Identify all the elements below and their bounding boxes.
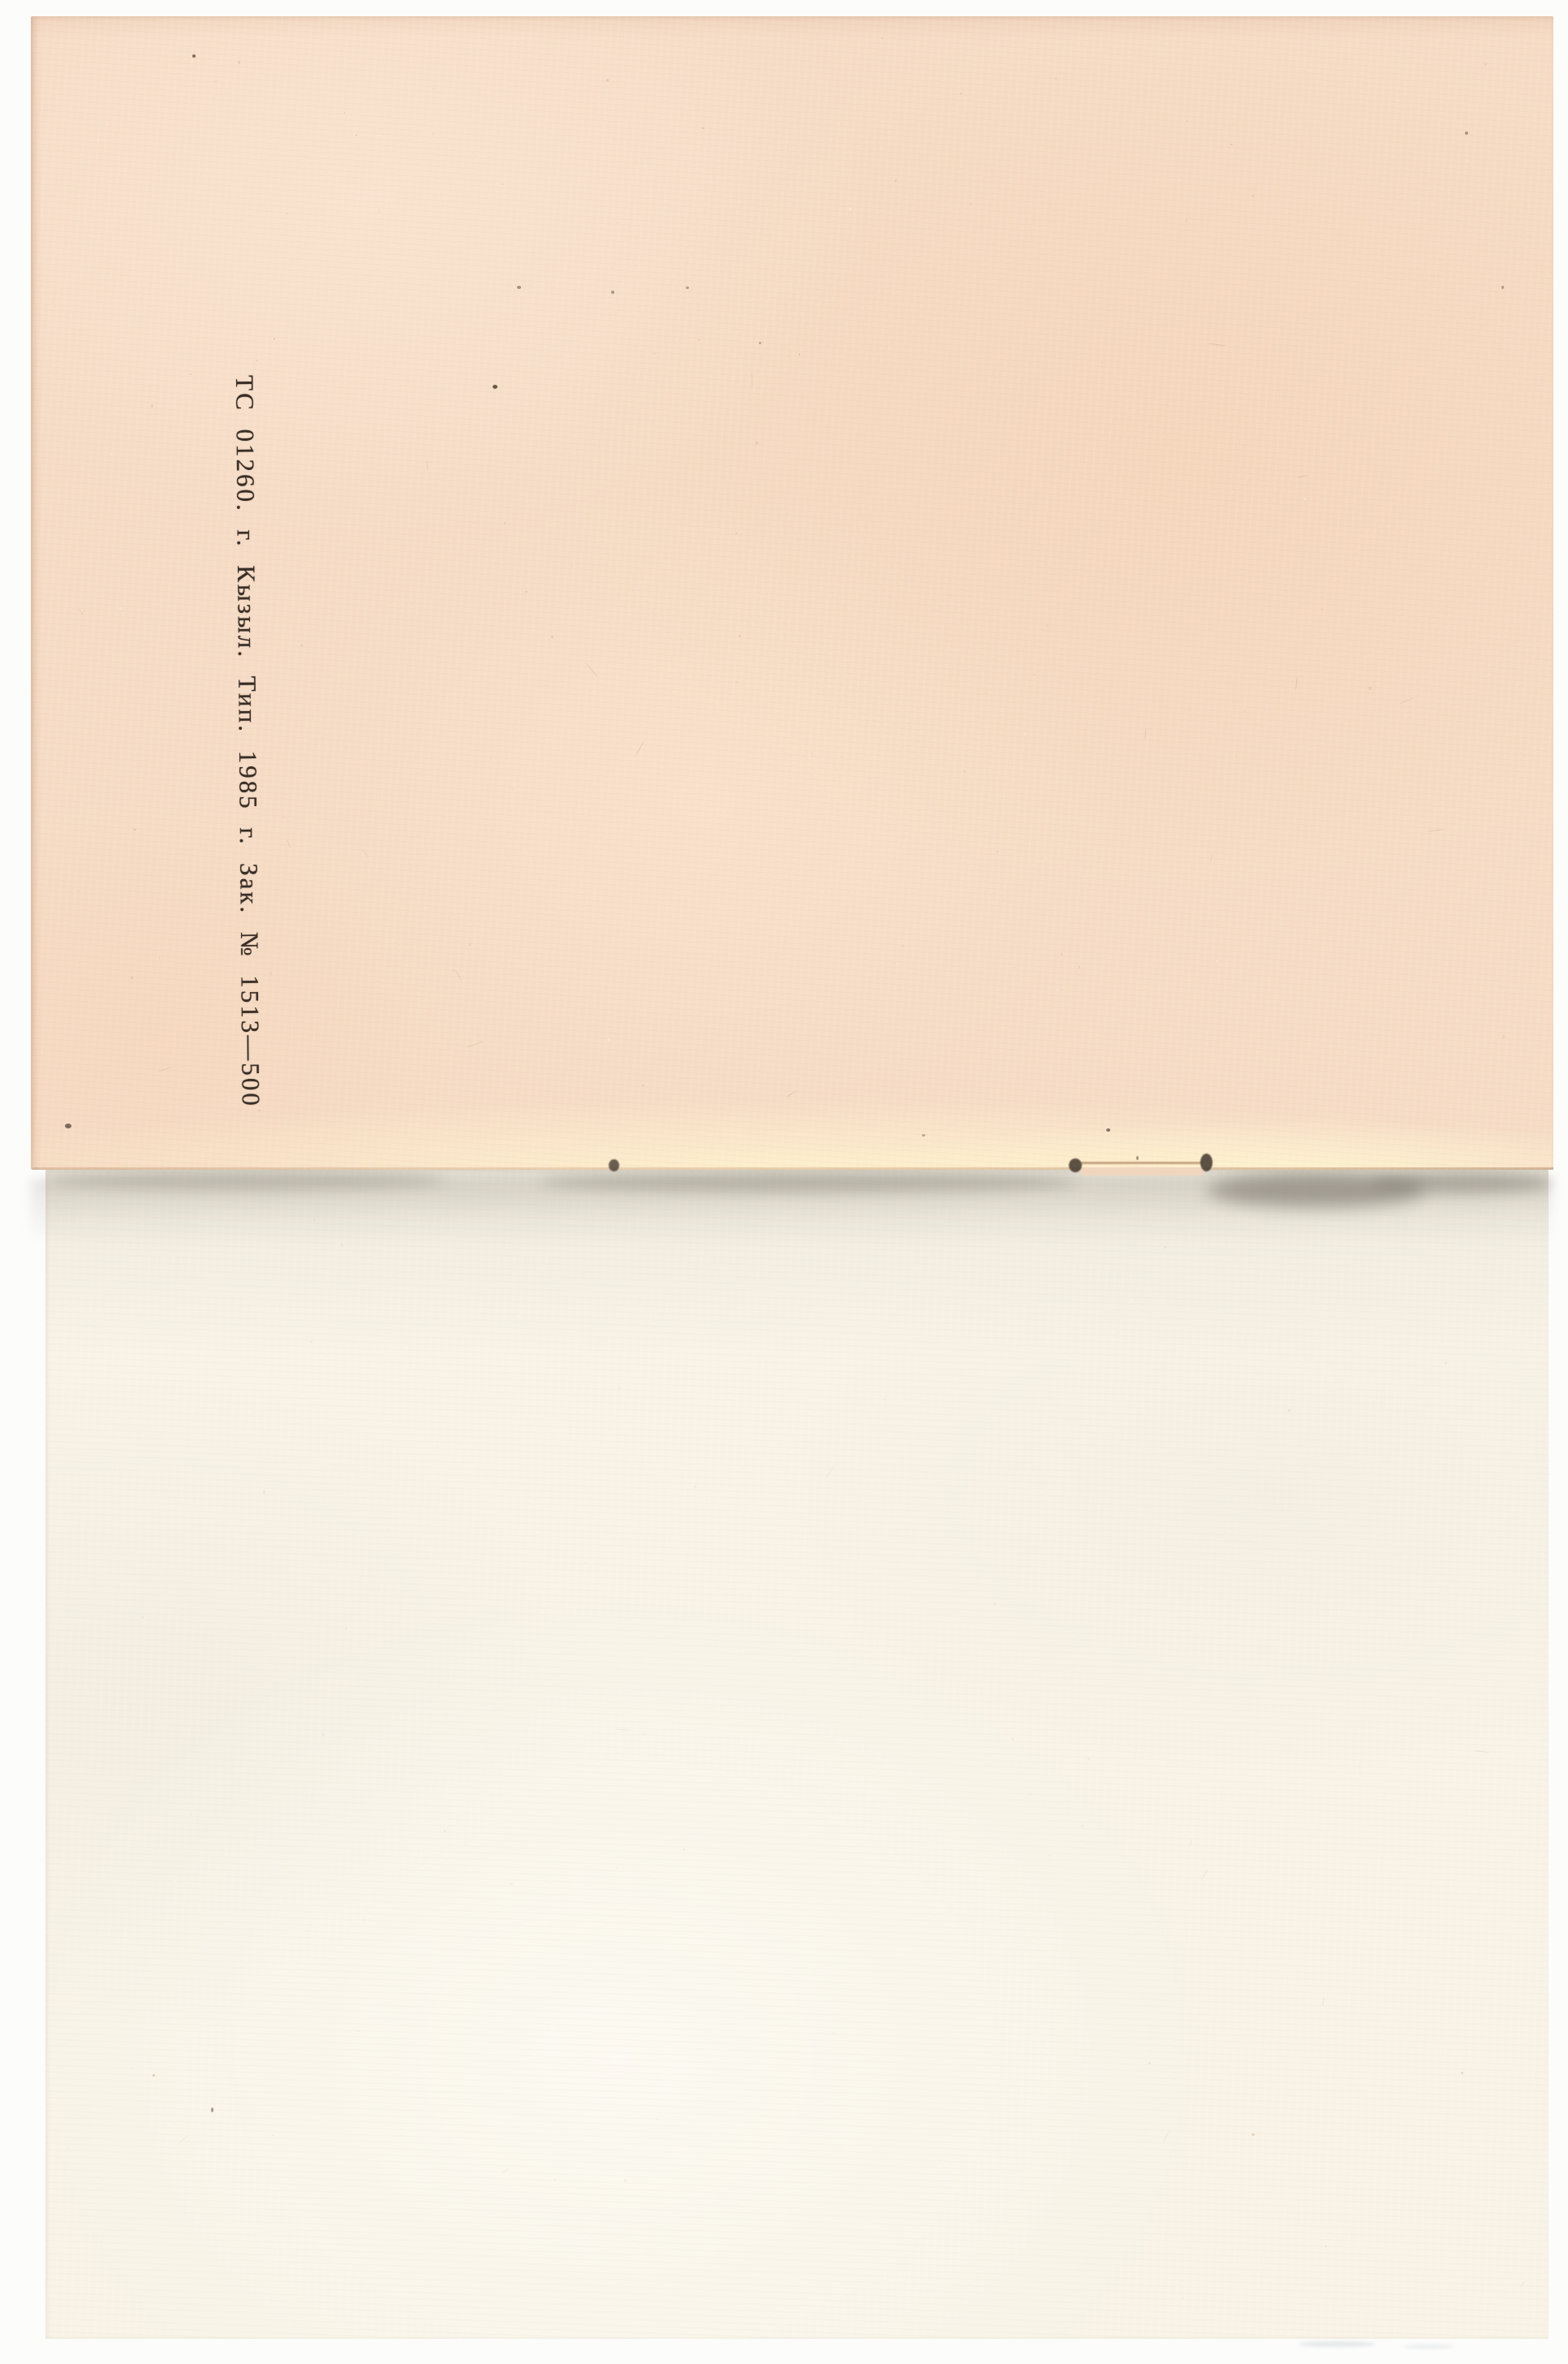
scanner-smudge <box>1404 2345 1454 2349</box>
fold-paper-edge <box>1079 1167 1204 1176</box>
scanned-book-spread: ТС 01260. г. Кызыл. Тип. 1985 г. Зак. № … <box>0 0 1568 2364</box>
cream-blank-page <box>45 1170 1549 2339</box>
colophon-text: ТС 01260. г. Кызыл. Тип. 1985 г. Зак. № … <box>227 375 268 1142</box>
fold-crease-line <box>1081 1162 1203 1164</box>
scanner-smudge <box>1299 2341 1376 2347</box>
